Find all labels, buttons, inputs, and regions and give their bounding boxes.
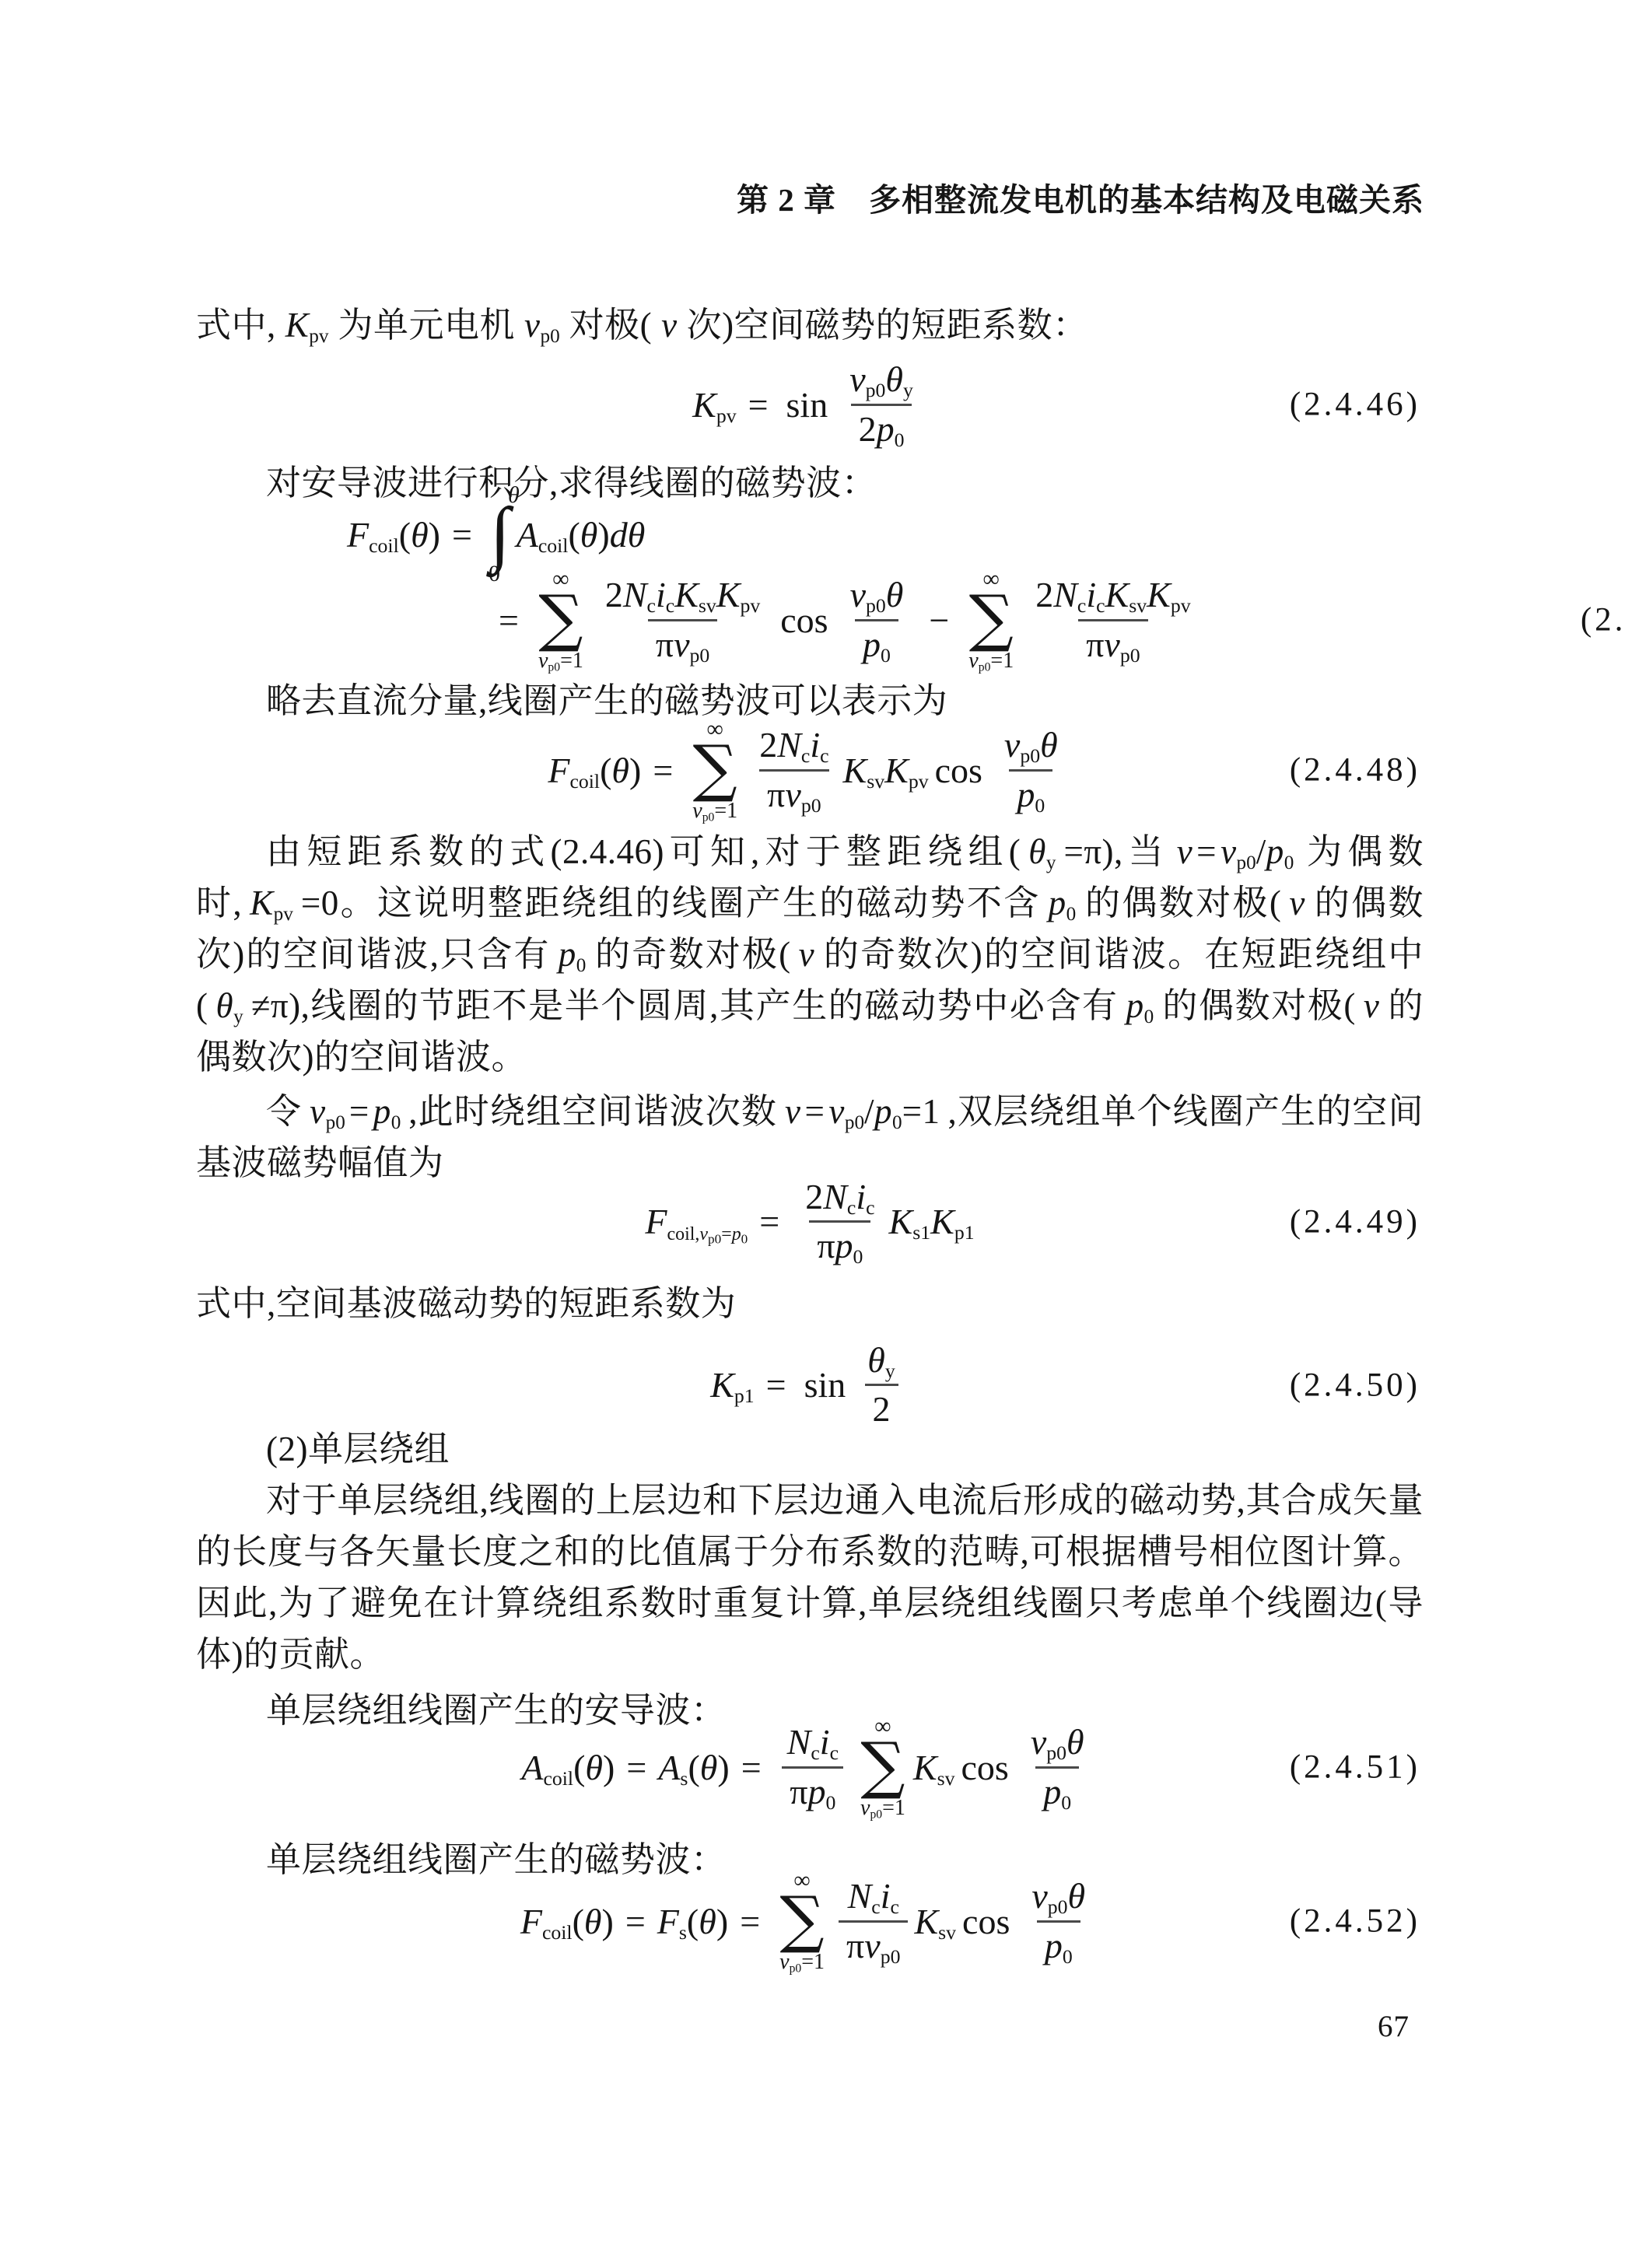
var-sub: s — [680, 1767, 688, 1790]
text-seg: 的偶数对极( — [1161, 986, 1356, 1025]
number: 2 — [805, 1177, 823, 1216]
paren: ) — [429, 515, 440, 555]
var: K — [710, 1365, 734, 1405]
text-seg: 令 — [266, 1092, 302, 1131]
equation-2-4-46: Kpv=sin vp0θy 2p0 (2.4.46) — [196, 346, 1424, 463]
fraction: Ncic πvp0 — [839, 1873, 908, 1969]
var-sub: p0 — [690, 644, 710, 667]
fraction-denominator: p0 — [1009, 769, 1052, 818]
text-seg: 由短距系数的式(2.4.46)可知,对于整距绕组( — [266, 832, 1021, 871]
var-sub: c — [871, 1895, 880, 1918]
math-var-vp0: vp0 — [524, 306, 560, 345]
var-sub: 0 — [1144, 1006, 1154, 1027]
var: N — [848, 1876, 872, 1916]
limit-value: =1 — [801, 1950, 825, 1974]
var: K — [889, 1202, 913, 1241]
var-sub: pv — [309, 326, 328, 347]
summation-operator: ∞∑vp0=1 — [968, 568, 1014, 672]
var-sub: 0 — [1061, 1791, 1071, 1814]
equals-sign: = — [625, 1902, 646, 1941]
var-sub: sv — [699, 594, 716, 617]
math-group-v-ratio: v=vp0/p0 — [1177, 832, 1294, 871]
var-sub: p0 — [702, 810, 715, 824]
var: p — [877, 409, 895, 449]
var: N — [777, 725, 801, 765]
var-sub: pv — [1171, 594, 1191, 617]
math-run: Ks1Kp1 — [889, 1201, 975, 1242]
var: v — [1177, 832, 1192, 871]
equals-sign: = — [748, 385, 769, 425]
minus-sign: − — [929, 600, 949, 640]
var: p — [1049, 884, 1066, 922]
equation-number: (2.4.52) — [1290, 1902, 1420, 1941]
fraction-denominator: πvp0 — [839, 1920, 908, 1969]
var-sub: p0 — [1048, 1895, 1068, 1918]
var: p — [732, 1224, 741, 1244]
var: K — [913, 1748, 937, 1787]
var-sub: 0 — [826, 1791, 836, 1814]
math-run: Kpv=sin — [692, 384, 835, 425]
fraction-numerator: vp0θ — [996, 722, 1066, 768]
paren: ( — [600, 751, 611, 790]
equation-number: (2.4.47) — [1581, 601, 1625, 639]
var-sub: c — [830, 1741, 839, 1764]
var-sub: coil,vp0=p0 — [667, 1224, 748, 1244]
equals-sign: = — [766, 1365, 786, 1405]
math-var-p0: p0 — [1049, 884, 1077, 922]
text-seg: =π),当 — [1063, 832, 1168, 871]
paren: ) — [603, 1748, 615, 1787]
var: θ — [885, 359, 903, 399]
var: K — [884, 751, 909, 790]
fraction-denominator: 2p0 — [851, 404, 912, 453]
var-sub: c — [1096, 594, 1105, 617]
var-sub: p0 — [326, 1112, 345, 1133]
paren: ) — [716, 1902, 728, 1941]
var: A — [521, 1748, 543, 1787]
sigma-sign: ∑ — [780, 1894, 825, 1945]
var-sub: 0 — [892, 1112, 902, 1133]
var: θ — [1068, 1876, 1086, 1916]
var-sub: p0 — [870, 1808, 882, 1821]
limit-value: =1 — [882, 1796, 905, 1820]
var: θ — [411, 515, 429, 555]
var-sub: c — [647, 594, 656, 617]
var-sub: coil — [569, 770, 600, 793]
var-sub: p0 — [790, 1962, 802, 1975]
var-sub: c — [866, 1196, 874, 1219]
var-sub: 0 — [741, 1232, 748, 1247]
var: θ — [585, 1748, 603, 1787]
var-sub: 0 — [1035, 794, 1045, 817]
equals-sign: = — [1196, 832, 1217, 871]
var: v — [1031, 1722, 1046, 1762]
var: K — [285, 306, 310, 345]
equation-2-4-48: Fcoil(θ)= ∞∑vp0=1 2Ncic πvp0 KsvKpvcos v… — [196, 712, 1424, 828]
var-sub: y — [903, 379, 913, 401]
var: p — [874, 1092, 892, 1131]
var-sub: coil — [542, 1921, 573, 1944]
fraction-numerator: 2Ncic — [751, 722, 836, 768]
var: θ — [584, 1902, 602, 1941]
sub-text: coil — [667, 1224, 695, 1244]
equation-content: Fcoil(θ)=Fs(θ)= ∞∑vp0=1 Ncic πvp0 Ksvcos… — [520, 1869, 1099, 1973]
equation-2-4-47-line2: = ∞∑vp0=1 2NcicKsvKpv πvp0 cos vp0θ p0 −… — [196, 562, 1625, 678]
var-sub: c — [820, 744, 828, 767]
var-sub: y — [233, 1006, 243, 1027]
integral-upper-limit: θ — [508, 485, 520, 506]
var: p — [863, 625, 881, 664]
var: i — [820, 1722, 830, 1762]
var: θ — [580, 515, 598, 555]
var: θ — [508, 482, 520, 508]
var: K — [1147, 575, 1171, 614]
var: v — [968, 649, 978, 673]
var: v — [785, 775, 800, 814]
sigma-sign: ∑ — [693, 743, 737, 794]
var-sub: p0 — [1237, 852, 1256, 873]
var: θ — [886, 575, 904, 614]
equals-sign: = — [626, 1748, 646, 1787]
fraction: 2Ncic πvp0 — [751, 722, 836, 818]
fraction: 2Ncic πp0 — [797, 1174, 882, 1270]
var-sub: p1 — [954, 1221, 975, 1244]
paren: ( — [568, 515, 580, 555]
equals-sign: = — [741, 1748, 762, 1787]
var: v — [1289, 884, 1305, 922]
var: K — [914, 1902, 938, 1941]
var-sub: s — [679, 1921, 687, 1944]
math-var-kpv: Kpv — [285, 306, 329, 345]
math-var-v: v — [799, 935, 814, 974]
equation-number: (2.4.46) — [1290, 386, 1420, 424]
pi-symbol: π — [1086, 625, 1104, 664]
paren: ( — [573, 1748, 585, 1787]
var-sub: p0 — [979, 660, 991, 674]
fraction-numerator: vp0θ — [1024, 1873, 1093, 1920]
fraction-denominator: πp0 — [809, 1220, 870, 1269]
equation-2-4-50: Kp1=sin θy 2 (2.4.50) — [196, 1336, 1424, 1433]
paren: ( — [573, 1902, 584, 1941]
var-sub: coil — [543, 1767, 573, 1790]
math-run: cos — [774, 600, 835, 641]
pi-symbol: π — [790, 1772, 807, 1811]
limit-value: =1 — [560, 649, 583, 673]
var: p — [373, 1092, 391, 1131]
differential: dθ — [610, 515, 646, 555]
var: θ — [699, 1902, 716, 1941]
equation-2-4-49: Fcoil,vp0=p0= 2Ncic πp0 Ks1Kp1 (2.4.49) — [196, 1173, 1424, 1270]
var: p — [1017, 775, 1035, 814]
var: θ — [1028, 832, 1046, 871]
var-sub: c — [847, 1196, 856, 1219]
var: p — [835, 1226, 853, 1265]
text-seg: 的偶数对极( — [1084, 884, 1281, 922]
var: v — [1004, 725, 1020, 765]
sum-lower-limit: vp0=1 — [538, 650, 583, 672]
paren: ) — [629, 751, 641, 790]
equals-sign: = — [759, 1202, 779, 1241]
math-run: Acoil(θ)=As(θ)= — [521, 1747, 772, 1788]
var: F — [520, 1902, 542, 1941]
fraction: vp0θ p0 — [1024, 1873, 1093, 1969]
var-sub: s1 — [912, 1221, 930, 1244]
var: v — [674, 625, 689, 664]
math-var-p0: p0 — [1126, 986, 1154, 1025]
var-sub: sv — [1129, 594, 1147, 617]
limit-value: =1 — [902, 1092, 940, 1131]
fraction-numerator: Ncic — [840, 1873, 907, 1920]
var: i — [881, 1876, 891, 1916]
sigma-sign: ∑ — [860, 1740, 905, 1791]
number: 2 — [759, 725, 777, 765]
var: A — [658, 1748, 680, 1787]
var: i — [656, 575, 666, 614]
var: θ — [700, 1748, 718, 1787]
paragraph-pitch-factor-intro: 式中,空间基波磁动势的短距系数为 — [196, 1278, 1424, 1329]
var-sub: 0 — [1284, 852, 1294, 873]
integral-sign: ∫ — [490, 506, 510, 562]
summation-operator: ∞∑vp0=1 — [538, 568, 583, 672]
var-sub: coil — [538, 534, 569, 557]
var: K — [692, 385, 716, 425]
var-sub: p0 — [801, 794, 821, 817]
page-number: 67 — [1378, 2009, 1410, 2044]
var: F — [347, 515, 369, 555]
var-sub: p1 — [734, 1384, 755, 1407]
paragraph-single-layer-heading: (2)单层绕组 — [196, 1423, 1424, 1475]
math-run: Ksvcos — [914, 1901, 1017, 1942]
fraction-numerator: vp0θ — [842, 572, 912, 618]
summation-operator: ∞∑vp0=1 — [779, 1869, 825, 1973]
var: v — [864, 1926, 880, 1965]
var-sub: pv — [716, 404, 737, 427]
math-var-v: v — [1289, 884, 1305, 922]
fraction-numerator: 2Ncic — [797, 1174, 882, 1220]
equals-sign: = — [452, 515, 472, 555]
equals-sign: = — [499, 600, 519, 640]
text-seg: 式中, — [196, 306, 276, 345]
math-run: Kp1=sin — [710, 1364, 853, 1405]
var-sub: sv — [937, 1767, 955, 1790]
math-var-thetay: θy — [216, 986, 243, 1025]
text-seg: 的奇数对极( — [594, 935, 790, 974]
var: v — [860, 1796, 870, 1820]
text-seg: 次)空间磁势的短距系数： — [687, 306, 1088, 345]
var-sub: p0 — [1046, 1741, 1066, 1764]
var-sub: pv — [274, 904, 293, 925]
var: p — [1045, 1926, 1063, 1965]
fraction: vp0θy 2p0 — [842, 356, 921, 453]
math-group-v-ratio-one: v=vp0/p0=1 — [785, 1092, 940, 1131]
math-run: Fcoil(θ)=Fs(θ)= — [520, 1901, 772, 1942]
math-run: − — [917, 600, 961, 641]
summation-operator: ∞∑vp0=1 — [860, 1715, 905, 1819]
var: F — [548, 751, 569, 790]
var-sub: p0 — [866, 379, 886, 401]
paren: ( — [687, 1902, 699, 1941]
var-sub: p0 — [1020, 744, 1040, 767]
equation-content: Fcoil,vp0=p0= 2Ncic πp0 Ks1Kp1 — [645, 1174, 974, 1270]
var-sub: 0 — [391, 1112, 401, 1133]
math-var-v: v — [661, 306, 677, 345]
math-run: Fcoil,vp0=p0= — [645, 1201, 791, 1242]
var: v — [1364, 986, 1379, 1025]
text-seg: ≠π),线圈的节距不是半个圆周,其产生的磁动势中必含有 — [251, 986, 1119, 1025]
text-seg: 为单元电机 — [338, 306, 515, 345]
var: v — [1221, 832, 1236, 871]
var: θ — [611, 751, 629, 790]
var: F — [657, 1902, 679, 1941]
equation-2-4-52: Fcoil(θ)=Fs(θ)= ∞∑vp0=1 Ncic πvp0 Ksvcos… — [196, 1859, 1424, 1983]
paragraph-single-layer-body: 对于单层绕组,线圈的上层边和下层边通入电流后形成的磁动势,其合成矢量的长度与各矢… — [196, 1475, 1424, 1680]
var-sub: 0 — [881, 644, 891, 667]
fraction-numerator: vp0θy — [842, 356, 921, 403]
var-sub: pv — [909, 770, 929, 793]
fraction: vp0θ p0 — [842, 572, 912, 668]
number: 2 — [859, 409, 877, 449]
pi-symbol: π — [817, 1226, 835, 1265]
var-sub: c — [890, 1895, 898, 1918]
var-sub: p0 — [540, 326, 559, 347]
var-sub: pv — [740, 594, 760, 617]
var: v — [785, 1092, 800, 1131]
var-sub: 0 — [576, 955, 587, 976]
var: v — [1031, 1876, 1047, 1916]
text-seg: ,此时绕组空间谐波次数 — [408, 1092, 777, 1131]
var: K — [716, 575, 741, 614]
var: p — [808, 1772, 826, 1811]
math-var-kpv: Kpv — [250, 884, 293, 922]
var: N — [1053, 575, 1077, 614]
var: K — [930, 1202, 954, 1241]
var-sub: p0 — [1120, 644, 1140, 667]
paren: ) — [717, 1748, 729, 1787]
var: i — [1086, 575, 1096, 614]
var: v — [849, 359, 865, 399]
fraction-denominator: p0 — [855, 619, 898, 668]
math-run: KsvKpvcos — [843, 750, 990, 791]
var: p — [1126, 986, 1144, 1025]
fraction: vp0θ p0 — [1023, 1719, 1092, 1815]
var-sub: p0 — [845, 1112, 864, 1133]
var: v — [779, 1950, 789, 1974]
var: θ — [216, 986, 234, 1025]
paren: ) — [602, 1902, 614, 1941]
equation-content: Kp1=sin θy 2 — [710, 1337, 909, 1433]
pi-symbol: π — [656, 625, 674, 664]
sum-lower-limit: vp0=1 — [692, 800, 737, 822]
equation-content: = ∞∑vp0=1 2NcicKsvKpv πvp0 cos vp0θ p0 −… — [487, 568, 1205, 672]
fraction: Ncic πp0 — [779, 1719, 846, 1815]
var-sub: p0 — [866, 594, 886, 617]
equation-content: Fcoil(θ)= ∞∑vp0=1 2Ncic πvp0 KsvKpvcos v… — [548, 718, 1071, 822]
equals-sign: = — [653, 751, 673, 790]
chapter-header: 第 2 章 多相整流发电机的基本结构及电磁关系 — [737, 174, 1424, 220]
fraction-denominator: p0 — [1035, 1766, 1079, 1815]
book-page: 第 2 章 多相整流发电机的基本结构及电磁关系 式中,Kpv为单元电机vp0对极… — [0, 0, 1625, 2268]
sigma-sign: ∑ — [538, 593, 583, 644]
var: θ — [1040, 725, 1058, 765]
var: v — [692, 799, 702, 823]
equals-sign: = — [349, 1092, 369, 1131]
math-var-thetay: θy — [1028, 832, 1056, 871]
fraction-numerator: θy — [860, 1337, 902, 1384]
text-seg: 对极( — [569, 306, 653, 345]
fraction-numerator: 2NcicKsvKpv — [597, 572, 768, 618]
limit-value: =1 — [990, 649, 1014, 673]
math-group-vp0-eq-p0: vp0=p0 — [310, 1092, 401, 1131]
sum-lower-limit: vp0=1 — [968, 650, 1014, 672]
var: K — [250, 884, 274, 922]
var: θ — [867, 1340, 885, 1380]
var: v — [1104, 625, 1119, 664]
paren: ) — [597, 515, 609, 555]
paragraph-kpv-definition: 式中,Kpv为单元电机vp0对极(v次)空间磁势的短距系数： — [196, 299, 1424, 351]
limit-value: =1 — [714, 799, 737, 823]
var-sub: 0 — [1063, 1945, 1073, 1968]
slash: / — [864, 1092, 874, 1131]
var-sub: c — [801, 744, 810, 767]
equals-sign: = — [721, 1224, 731, 1244]
var: K — [674, 575, 699, 614]
cos-function: cos — [935, 751, 982, 790]
math-run: = — [487, 600, 531, 641]
var-sub: p0 — [708, 1232, 721, 1247]
var-sub: c — [1077, 594, 1086, 617]
paragraph-full-pitch-analysis: 由短距系数的式(2.4.46)可知,对于整距绕组(θy=π),当v=vp0/p0… — [196, 826, 1424, 1083]
equation-number: (2.4.51) — [1290, 1748, 1420, 1787]
var: K — [843, 751, 867, 790]
fraction-denominator: πvp0 — [1078, 619, 1147, 668]
fraction: 2NcicKsvKpv πvp0 — [1028, 572, 1198, 668]
var-sub: 0 — [895, 429, 905, 451]
slash: / — [1256, 832, 1266, 871]
number: 2 — [1035, 575, 1053, 614]
var: p — [1266, 832, 1284, 871]
var: v — [828, 1092, 844, 1131]
cos-function: cos — [780, 600, 828, 640]
var-sub: sv — [867, 770, 884, 793]
pi-symbol: π — [846, 1926, 864, 1965]
equation-content: Acoil(θ)=As(θ)= Ncic πp0 ∞∑vp0=1 Ksvcos … — [521, 1715, 1098, 1819]
fraction-denominator: πvp0 — [759, 769, 828, 818]
math-run: Fcoil(θ)= — [347, 514, 484, 555]
var: N — [787, 1722, 811, 1762]
equals-sign: = — [740, 1902, 760, 1941]
var-sub: y — [1046, 852, 1056, 873]
var: v — [699, 1224, 708, 1244]
fraction-numerator: Ncic — [779, 1719, 846, 1766]
var: N — [823, 1177, 847, 1216]
fraction-numerator: 2NcicKsvKpv — [1028, 572, 1198, 618]
var-sub: y — [885, 1360, 895, 1382]
equation-number: (2.4.50) — [1290, 1366, 1420, 1404]
var: v — [661, 306, 677, 345]
var-sub: coil — [369, 534, 399, 557]
cos-function: cos — [961, 1748, 1009, 1787]
fraction-denominator: πvp0 — [648, 619, 717, 668]
fraction-denominator: p0 — [1037, 1920, 1080, 1969]
var: i — [856, 1177, 866, 1216]
var-sub: p0 — [881, 1945, 901, 1968]
math-run: Fcoil(θ)= — [548, 750, 685, 791]
paren: ( — [688, 1748, 699, 1787]
var: N — [623, 575, 647, 614]
equation-number: (2.4.49) — [1290, 1202, 1420, 1241]
fraction: 2NcicKsvKpv πvp0 — [597, 572, 768, 668]
cos-function: cos — [962, 1902, 1010, 1941]
